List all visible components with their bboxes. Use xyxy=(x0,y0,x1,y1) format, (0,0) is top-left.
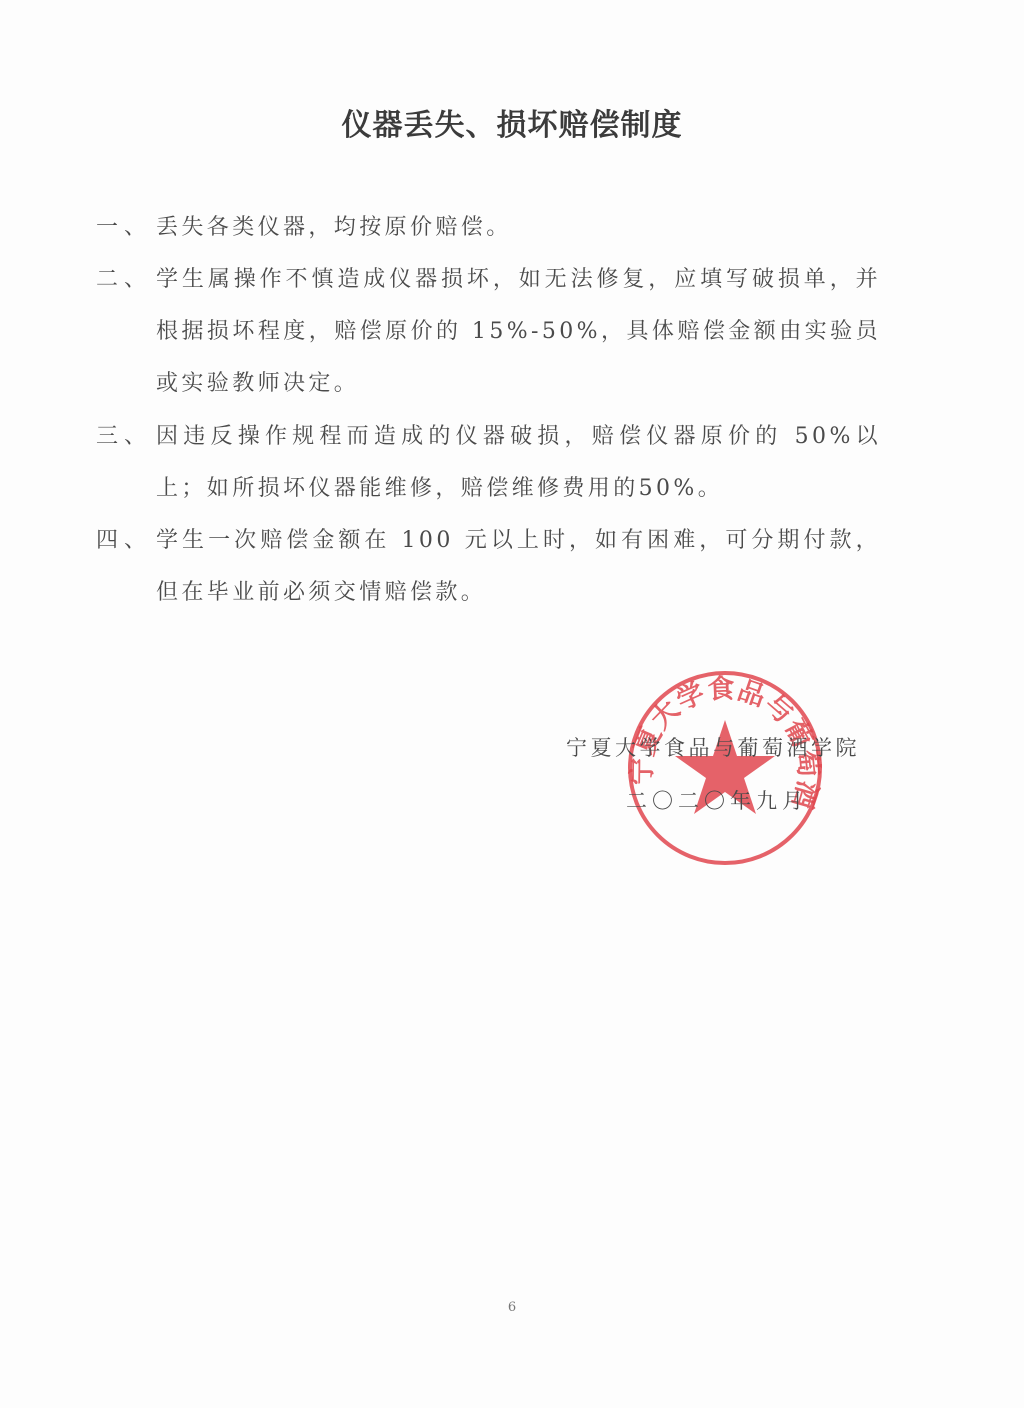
seal-icon: 宁夏大学食品与葡萄酒学院 xyxy=(625,668,825,868)
rule-text: 学生属操作不慎造成仪器损坏，如无法修复，应填写破损单，并根据损坏程度，赔偿原价的… xyxy=(156,254,881,410)
rule-text: 学生一次赔偿金额在 100 元以上时，如有困难，可分期付款，但在毕业前必须交情赔… xyxy=(156,515,881,619)
document-title: 仪器丢失、损坏赔偿制度 xyxy=(0,100,1024,144)
document-page: 仪器丢失、损坏赔偿制度 一、 丢失各类仪器，均按原价赔偿。 二、 学生属操作不慎… xyxy=(0,0,1024,1408)
rule-number: 一、 xyxy=(96,202,156,254)
issue-date: 二〇二〇年九月 xyxy=(626,785,808,815)
rule-item-1: 一、 丢失各类仪器，均按原价赔偿。 xyxy=(96,202,896,254)
rule-number: 三、 xyxy=(96,411,156,463)
rule-text: 丢失各类仪器，均按原价赔偿。 xyxy=(156,202,881,254)
rule-number: 二、 xyxy=(96,254,156,306)
issuer-signature: 宁夏大学食品与葡萄酒学院 xyxy=(566,732,860,762)
page-number: 6 xyxy=(0,1300,1024,1315)
rule-item-3: 三、 因违反操作规程而造成的仪器破损，赔偿仪器原价的 50%以上；如所损坏仪器能… xyxy=(96,411,896,515)
rule-number: 四、 xyxy=(96,515,156,567)
rule-item-2: 二、 学生属操作不慎造成仪器损坏，如无法修复，应填写破损单，并根据损坏程度，赔偿… xyxy=(96,254,896,410)
rule-item-4: 四、 学生一次赔偿金额在 100 元以上时，如有困难，可分期付款，但在毕业前必须… xyxy=(96,515,896,619)
rule-text: 因违反操作规程而造成的仪器破损，赔偿仪器原价的 50%以上；如所损坏仪器能维修，… xyxy=(156,411,881,515)
official-seal: 宁夏大学食品与葡萄酒学院 xyxy=(625,668,825,868)
